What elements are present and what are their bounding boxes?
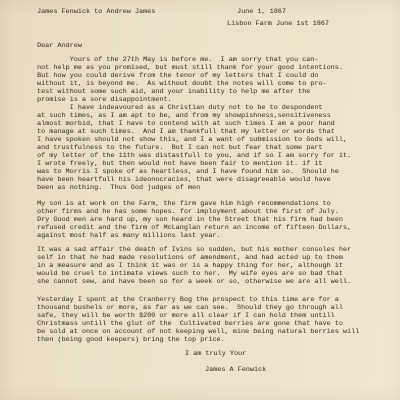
complimentary-close: I am truly Your (185, 350, 246, 358)
letter-paragraph-4: It was a sad affair the death of Ivins s… (37, 246, 351, 286)
letter-paragraph-2: I have indeavoured as a Christian duty n… (37, 104, 351, 192)
signature: James A Fenwick (205, 366, 266, 374)
letter-date: June 1, 1867 (237, 8, 286, 16)
letter-paper: James Fenwick to Andrew James June 1, 18… (0, 0, 400, 400)
letter-paragraph-3: My son is at work on the Farm, the firm … (37, 200, 351, 240)
correspondents-line: James Fenwick to Andrew James (37, 8, 155, 16)
letter-paragraph-1: Yours of the 27th May is before me. I am… (37, 56, 343, 104)
salutation: Dear Andrew (37, 42, 82, 50)
letter-paragraph-5: Yesterday I spent at the Cranberry Bog t… (37, 296, 359, 344)
letter-dateline: Lisbon Farm June 1st 1867 (227, 20, 329, 28)
